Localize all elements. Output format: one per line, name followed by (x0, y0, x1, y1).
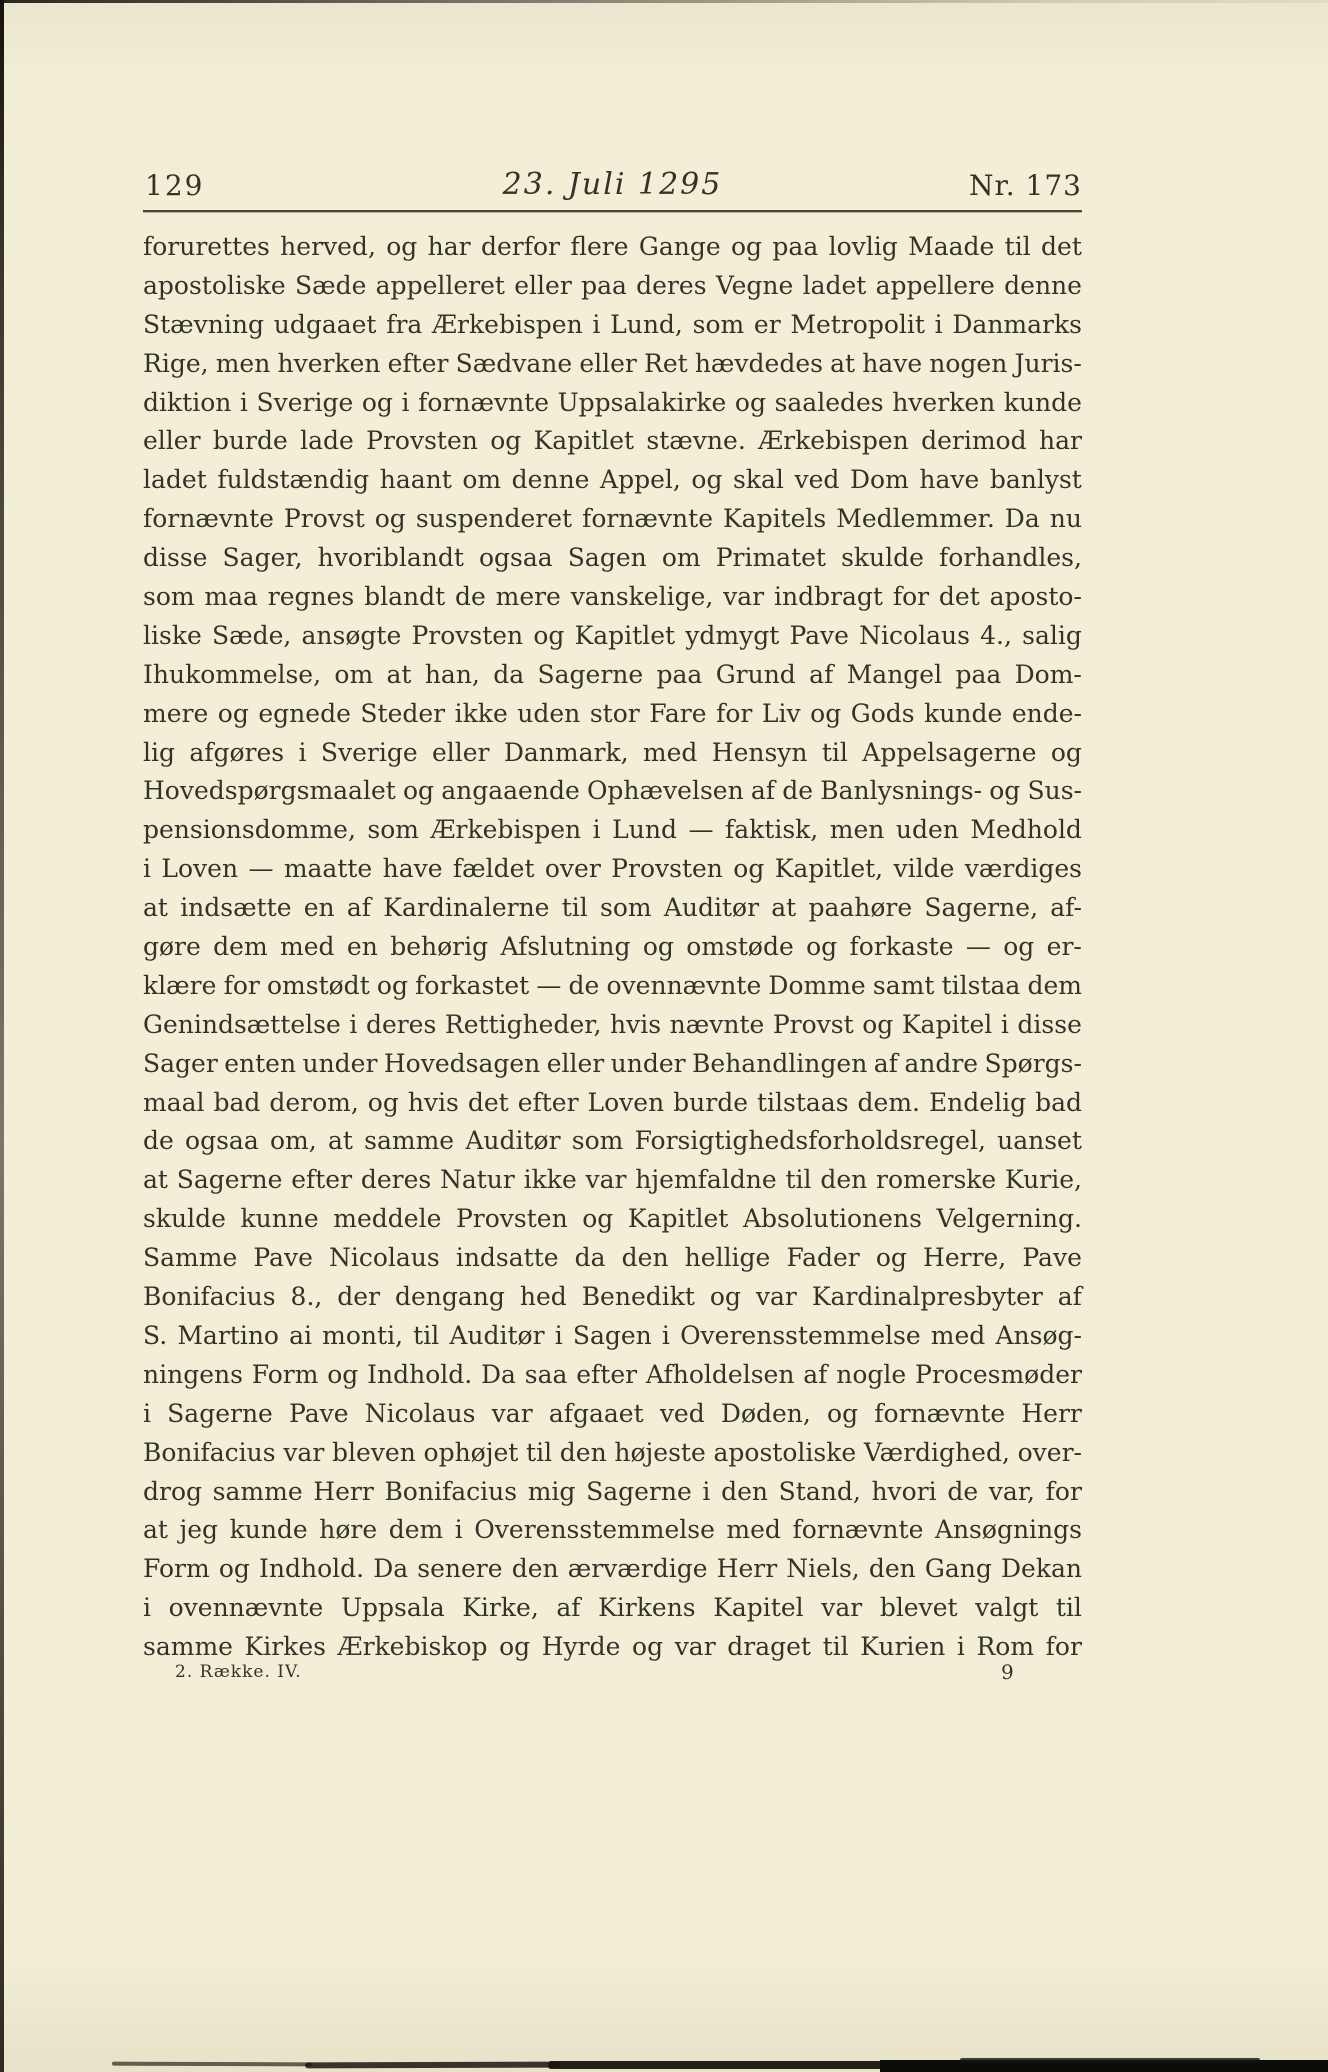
text-line: HovedspørgsmaaletogangaaendeOphævelsenaf… (143, 772, 1082, 811)
text-line: Rige,menhverkenefterSædvaneellerRethævde… (143, 345, 1082, 384)
text-line: deogsaaom,atsammeAuditørsomForsigtigheds… (143, 1122, 1082, 1161)
scan-edge-left (0, 0, 4, 2072)
text-line: gøredemmedenbehørigAfslutningogomstødeog… (143, 928, 1082, 967)
text-line: ellerburdeladeProvstenogKapitletstævne.Æ… (143, 422, 1082, 461)
page-number: 129 (145, 169, 204, 202)
scan-edge-segment (112, 2062, 312, 2067)
text-line: atSagerneefterderesNaturikkevarhjemfaldn… (143, 1161, 1082, 1200)
text-line: SagerentenunderHovedsagenellerunderBehan… (143, 1045, 1082, 1084)
text-line: forurettesherved,ogharderforflereGangeog… (143, 228, 1082, 267)
text-line: liskeSæde,ansøgteProvstenogKapitletydmyg… (143, 617, 1082, 656)
scan-edge-segment (960, 2058, 1260, 2063)
scan-edge-segment (305, 2062, 560, 2069)
text-line: Bonifaciusvarblevenophøjettildenhøjestea… (143, 1434, 1082, 1473)
header-rule (143, 210, 1082, 212)
text-line: diktioniSverigeogifornævnteUppsalakirkeo… (143, 384, 1082, 423)
page-header: 129 23. Juli 1295 Nr. 173 (143, 160, 1082, 202)
scan-edge-top (0, 0, 1328, 3)
text-line: ladetfuldstændighaantomdenneAppel,ogskal… (143, 461, 1082, 500)
series-label: 2. Række. IV. (175, 1662, 302, 1682)
text-line: maalbadderom,oghvisdetefterLovenburdetil… (143, 1084, 1082, 1123)
text-line: Bonifacius8.,derdenganghedBenediktogvarK… (143, 1278, 1082, 1317)
text-line: klæreforomstødtogforkastet—deovennævnteD… (143, 967, 1082, 1006)
text-line: StævningudgaaetfraÆrkebispeniLund,somerM… (143, 306, 1082, 345)
book-page: 129 23. Juli 1295 Nr. 173 forurettesherv… (0, 0, 1328, 2072)
text-line: FormogIndhold.DaseneredenærværdigeHerrNi… (143, 1550, 1082, 1589)
text-line: ligafgøresiSverigeellerDanmark,medHensyn… (143, 734, 1082, 773)
header-date: 23. Juli 1295 (503, 167, 723, 202)
text-line: apostoliskeSædeappelleretellerpaaderesVe… (143, 267, 1082, 306)
text-line: mereogegnedeStederikkeudenstorFareforLiv… (143, 695, 1082, 734)
text-line: drogsammeHerrBonifaciusmigSagerneidenSta… (143, 1473, 1082, 1512)
text-line: sommaaregnesblandtdemerevanskelige,varin… (143, 578, 1082, 617)
text-line: iLoven—maattehavefældetoverProvstenogKap… (143, 850, 1082, 889)
text-line: SammePaveNicolausindsattedadenhelligeFad… (143, 1239, 1082, 1278)
scan-edge-bottom (0, 2054, 1328, 2072)
text-line: S.Martinoaimonti,tilAuditøriSageniOveren… (143, 1317, 1082, 1356)
text-line: Ihukommelse,omathan,daSagernepaaGrundafM… (143, 656, 1082, 695)
text-line: skuldekunnemeddeleProvstenogKapitletAbso… (143, 1200, 1082, 1239)
page-footer: 2. Række. IV. 9 (143, 1660, 1082, 1686)
text-line: fornævnteProvstogsuspenderetfornævnteKap… (143, 500, 1082, 539)
signature-mark: 9 (1001, 1660, 1014, 1684)
document-number: Nr. 173 (969, 169, 1082, 202)
text-line: atindsætteenafKardinalernetilsomAuditøra… (143, 889, 1082, 928)
scan-edge-segment (548, 2061, 903, 2069)
text-line: disseSager,hvoriblandtogsaaSagenomPrimat… (143, 539, 1082, 578)
text-line: iSagernePaveNicolausvarafgaaetvedDøden,o… (143, 1395, 1082, 1434)
text-line: ningensFormogIndhold.DasaaefterAfholdels… (143, 1356, 1082, 1395)
body-text: forurettesherved,ogharderforflereGangeog… (143, 228, 1082, 1667)
text-line: iovennævnteUppsalaKirke,afKirkensKapitel… (143, 1589, 1082, 1628)
text-line: atjegkundehøredemiOverensstemmelsemedfor… (143, 1511, 1082, 1550)
text-line: GenindsættelseideresRettigheder,hvisnævn… (143, 1006, 1082, 1045)
text-line: pensionsdomme,somÆrkebispeniLund—faktisk… (143, 811, 1082, 850)
